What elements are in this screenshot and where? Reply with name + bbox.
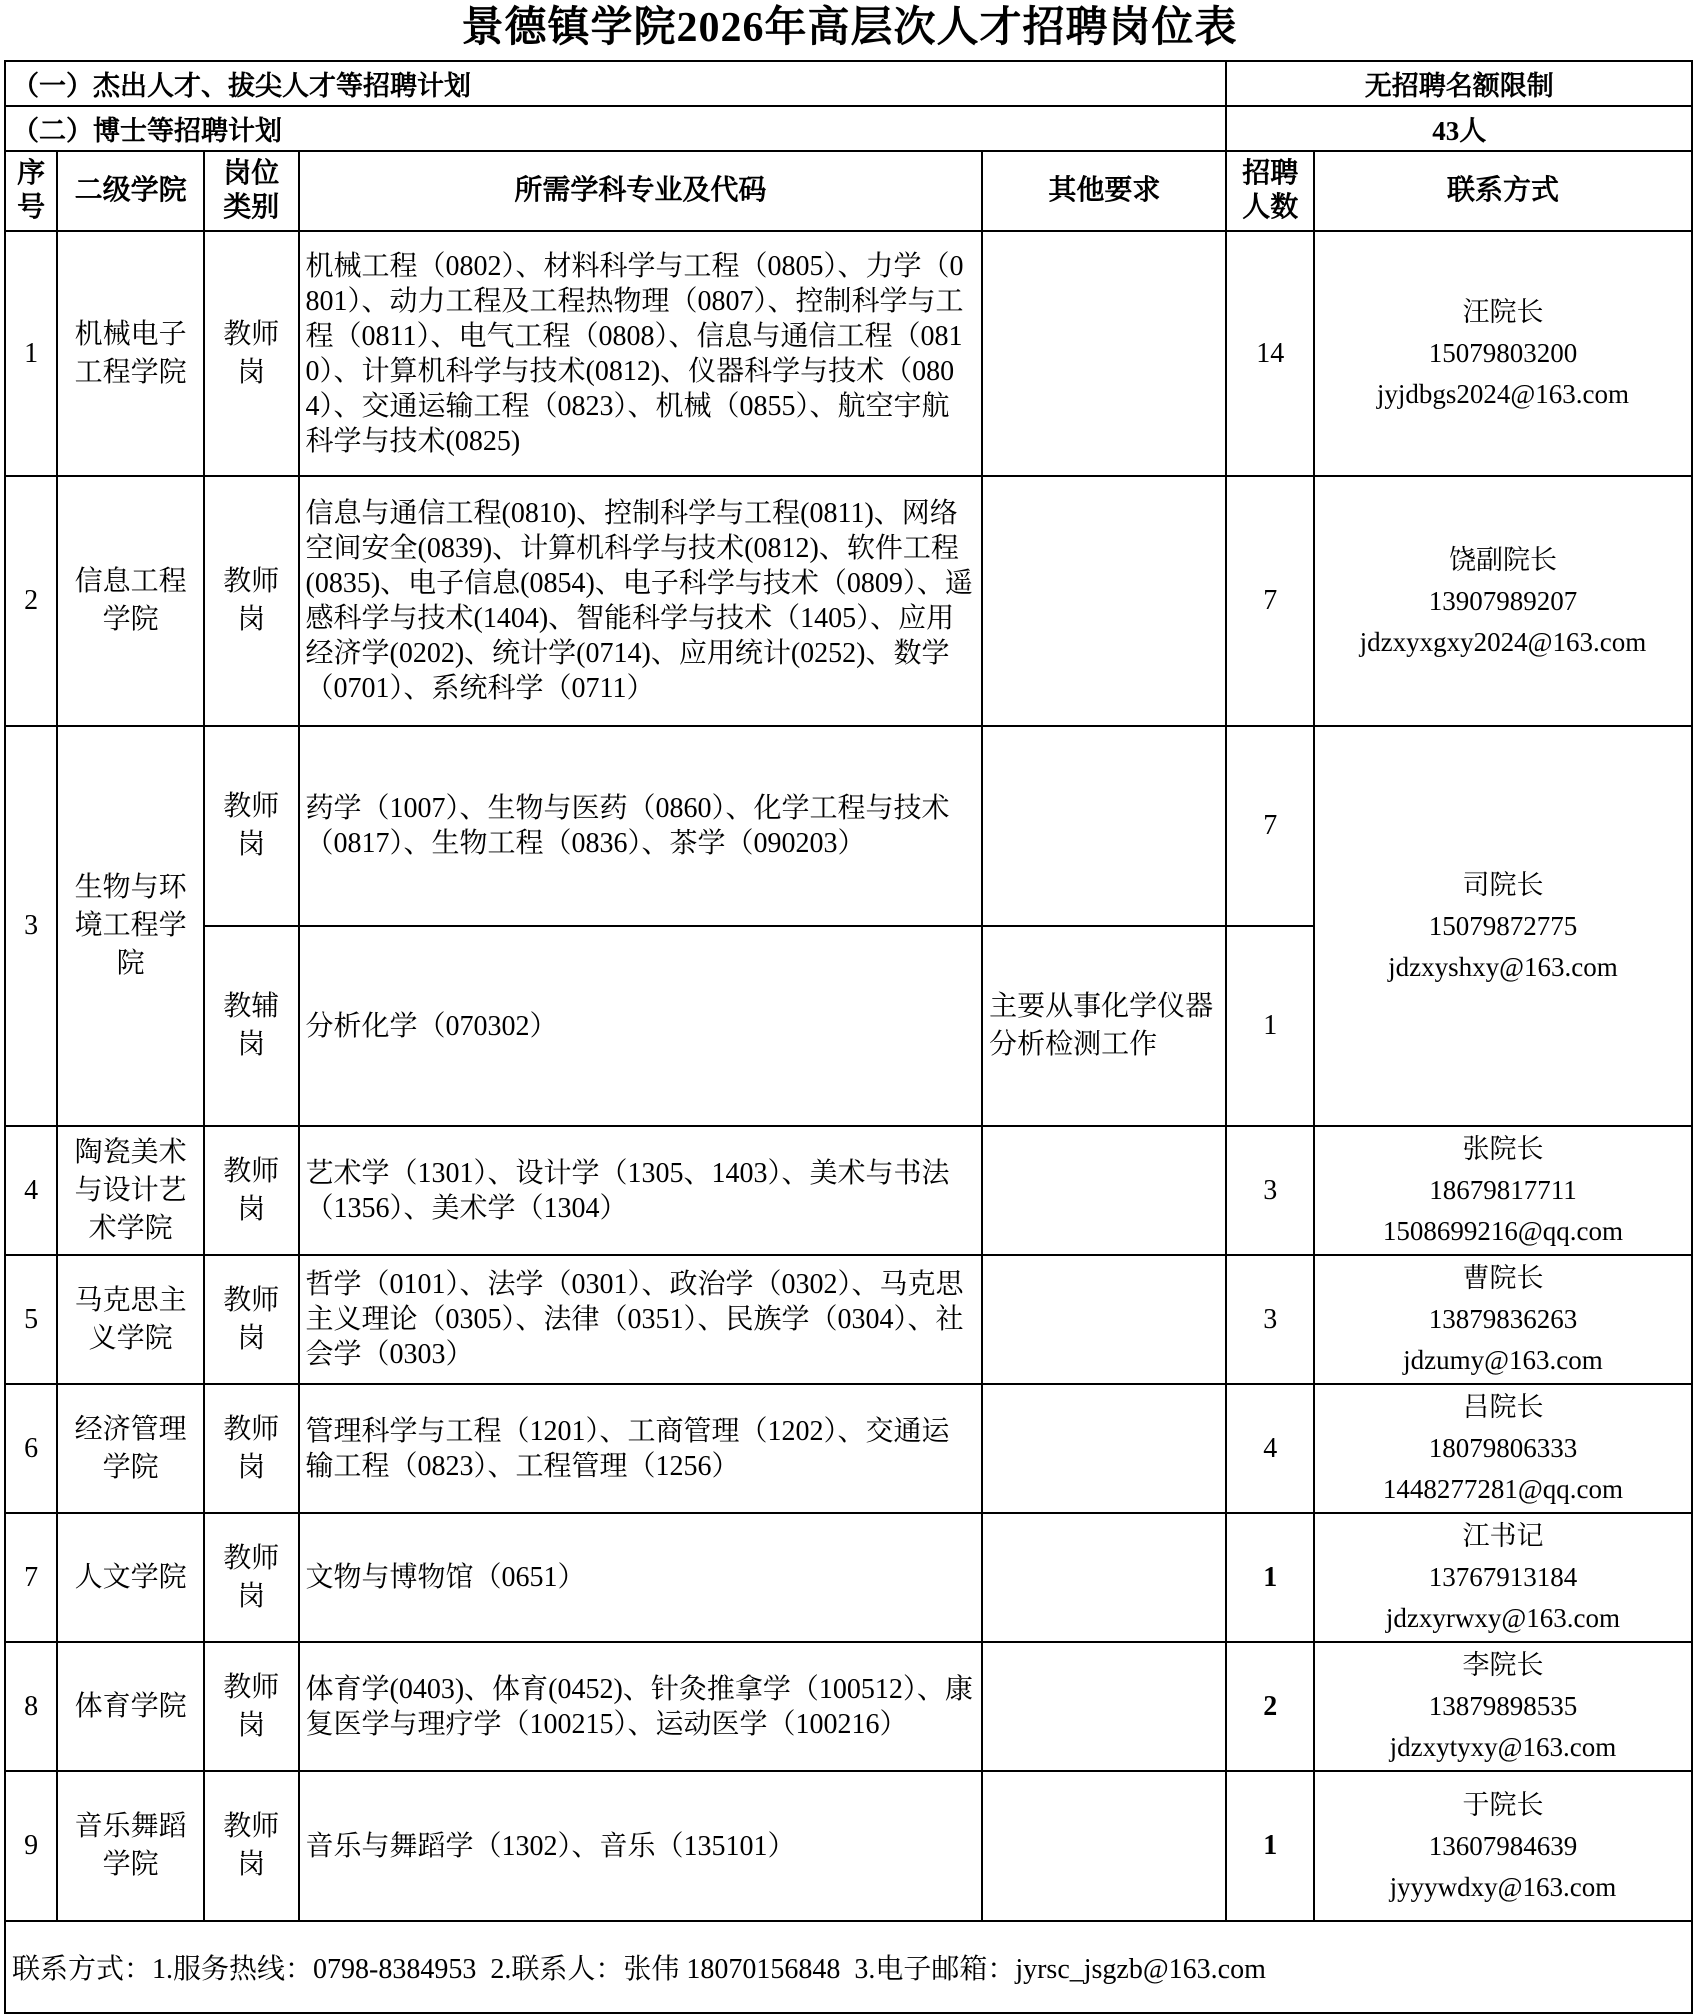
cell-contact: 于院长 13607984639 jyyywdxy@163.com bbox=[1314, 1771, 1692, 1921]
cell-count: 7 bbox=[1226, 726, 1313, 926]
contact-phone: 15079803200 bbox=[1321, 333, 1685, 374]
contact-name: 张院长 bbox=[1321, 1129, 1685, 1170]
table-row: 7 人文学院 教师岗 文物与博物馆（0651） 1 江书记 1376791318… bbox=[5, 1513, 1692, 1642]
cell-count: 1 bbox=[1226, 1513, 1313, 1642]
cell-post-type: 教师岗 bbox=[204, 1771, 299, 1921]
cell-college: 机械电子工程学院 bbox=[57, 231, 204, 476]
page-title: 景德镇学院2026年高层次人才招聘岗位表 bbox=[0, 0, 1699, 60]
table-row: 8 体育学院 教师岗 体育学(0403)、体育(0452)、针灸推拿学（1005… bbox=[5, 1642, 1692, 1771]
cell-count: 3 bbox=[1226, 1255, 1313, 1384]
contact-email: 1508699216@qq.com bbox=[1321, 1211, 1685, 1252]
cell-majors: 药学（1007）、生物与医药（0860）、化学工程与技术（0817）、生物工程（… bbox=[299, 726, 983, 926]
cell-contact: 司院长 15079872775 jdzxyshxy@163.com bbox=[1314, 726, 1692, 1126]
cell-post-type: 教师岗 bbox=[204, 1126, 299, 1255]
cell-other-req bbox=[982, 1255, 1226, 1384]
table-row: 9 音乐舞蹈学院 教师岗 音乐与舞蹈学（1302）、音乐（135101） 1 于… bbox=[5, 1771, 1692, 1921]
section-row-outstanding: （一）杰出人才、拔尖人才等招聘计划 无招聘名额限制 bbox=[5, 61, 1692, 106]
cell-college: 陶瓷美术与设计艺术学院 bbox=[57, 1126, 204, 1255]
cell-other-req bbox=[982, 476, 1226, 726]
cell-other-req bbox=[982, 231, 1226, 476]
contact-email: jdzxyxgxy2024@163.com bbox=[1321, 622, 1685, 663]
contact-email: jyjdbgs2024@163.com bbox=[1321, 374, 1685, 415]
contact-name: 吕院长 bbox=[1321, 1387, 1685, 1428]
recruitment-table: （一）杰出人才、拔尖人才等招聘计划 无招聘名额限制 （二）博士等招聘计划 43人… bbox=[4, 60, 1693, 2014]
contact-phone: 13879898535 bbox=[1321, 1686, 1685, 1727]
cell-count: 4 bbox=[1226, 1384, 1313, 1513]
cell-count: 2 bbox=[1226, 1642, 1313, 1771]
cell-majors: 信息与通信工程(0810)、控制科学与工程(0811)、网络空间安全(0839)… bbox=[299, 476, 983, 726]
cell-contact: 曹院长 13879836263 jdzumy@163.com bbox=[1314, 1255, 1692, 1384]
section-row-doctor: （二）博士等招聘计划 43人 bbox=[5, 106, 1692, 151]
cell-college: 信息工程学院 bbox=[57, 476, 204, 726]
contact-phone: 13907989207 bbox=[1321, 581, 1685, 622]
cell-seq: 2 bbox=[5, 476, 57, 726]
contact-name: 汪院长 bbox=[1321, 292, 1685, 333]
contact-phone: 18079806333 bbox=[1321, 1428, 1685, 1469]
contact-email: jyyywdxy@163.com bbox=[1321, 1867, 1685, 1908]
cell-majors: 文物与博物馆（0651） bbox=[299, 1513, 983, 1642]
col-header-contact: 联系方式 bbox=[1314, 151, 1692, 231]
cell-majors: 音乐与舞蹈学（1302）、音乐（135101） bbox=[299, 1771, 983, 1921]
contact-email: jdzxyshxy@163.com bbox=[1321, 947, 1685, 988]
cell-post-type: 教师岗 bbox=[204, 476, 299, 726]
footer-note: 联系方式：1.服务热线：0798-8384953 2.联系人：张伟 180701… bbox=[5, 1921, 1692, 2013]
cell-contact: 饶副院长 13907989207 jdzxyxgxy2024@163.com bbox=[1314, 476, 1692, 726]
cell-contact: 李院长 13879898535 jdzxytyxy@163.com bbox=[1314, 1642, 1692, 1771]
cell-other-req bbox=[982, 1126, 1226, 1255]
table-row: 2 信息工程学院 教师岗 信息与通信工程(0810)、控制科学与工程(0811)… bbox=[5, 476, 1692, 726]
table-row: 3 生物与环境工程学院 教师岗 药学（1007）、生物与医药（0860）、化学工… bbox=[5, 726, 1692, 926]
cell-college: 体育学院 bbox=[57, 1642, 204, 1771]
contact-phone: 15079872775 bbox=[1321, 906, 1685, 947]
cell-seq: 9 bbox=[5, 1771, 57, 1921]
col-header-college: 二级学院 bbox=[57, 151, 204, 231]
contact-phone: 18679817711 bbox=[1321, 1170, 1685, 1211]
contact-name: 李院长 bbox=[1321, 1645, 1685, 1686]
table-row: 6 经济管理学院 教师岗 管理科学与工程（1201）、工商管理（1202）、交通… bbox=[5, 1384, 1692, 1513]
section-value-outstanding: 无招聘名额限制 bbox=[1226, 61, 1692, 106]
table-row: 5 马克思主义学院 教师岗 哲学（0101）、法学（0301）、政治学（0302… bbox=[5, 1255, 1692, 1384]
contact-email: jdzxyrwxy@163.com bbox=[1321, 1598, 1685, 1639]
footer-row: 联系方式：1.服务热线：0798-8384953 2.联系人：张伟 180701… bbox=[5, 1921, 1692, 2013]
cell-contact: 汪院长 15079803200 jyjdbgs2024@163.com bbox=[1314, 231, 1692, 476]
section-value-doctor: 43人 bbox=[1226, 106, 1692, 151]
contact-name: 司院长 bbox=[1321, 865, 1685, 906]
cell-college: 音乐舞蹈学院 bbox=[57, 1771, 204, 1921]
table-header-row: 序号 二级学院 岗位类别 所需学科专业及代码 其他要求 招聘人数 联系方式 bbox=[5, 151, 1692, 231]
cell-other-req: 主要从事化学仪器分析检测工作 bbox=[982, 926, 1226, 1126]
contact-email: jdzxytyxy@163.com bbox=[1321, 1727, 1685, 1768]
col-header-seq: 序号 bbox=[5, 151, 57, 231]
cell-majors: 体育学(0403)、体育(0452)、针灸推拿学（100512）、康复医学与理疗… bbox=[299, 1642, 983, 1771]
cell-seq: 1 bbox=[5, 231, 57, 476]
cell-seq: 4 bbox=[5, 1126, 57, 1255]
table-row: 4 陶瓷美术与设计艺术学院 教师岗 艺术学（1301）、设计学（1305、140… bbox=[5, 1126, 1692, 1255]
cell-college: 生物与环境工程学院 bbox=[57, 726, 204, 1126]
cell-seq: 3 bbox=[5, 726, 57, 1126]
contact-email: 1448277281@qq.com bbox=[1321, 1469, 1685, 1510]
cell-contact: 江书记 13767913184 jdzxyrwxy@163.com bbox=[1314, 1513, 1692, 1642]
cell-post-type: 教师岗 bbox=[204, 1384, 299, 1513]
cell-majors: 哲学（0101）、法学（0301）、政治学（0302）、马克思主义理论（0305… bbox=[299, 1255, 983, 1384]
cell-post-type: 教师岗 bbox=[204, 1642, 299, 1771]
contact-phone: 13879836263 bbox=[1321, 1299, 1685, 1340]
cell-other-req bbox=[982, 1384, 1226, 1513]
table-row: 1 机械电子工程学院 教师岗 机械工程（0802）、材料科学与工程（0805）、… bbox=[5, 231, 1692, 476]
contact-phone: 13607984639 bbox=[1321, 1826, 1685, 1867]
cell-post-type: 教师岗 bbox=[204, 1513, 299, 1642]
col-header-other: 其他要求 bbox=[982, 151, 1226, 231]
cell-post-type: 教辅岗 bbox=[204, 926, 299, 1126]
section-label-outstanding: （一）杰出人才、拔尖人才等招聘计划 bbox=[5, 61, 1226, 106]
cell-majors: 分析化学（070302） bbox=[299, 926, 983, 1126]
cell-post-type: 教师岗 bbox=[204, 1255, 299, 1384]
cell-other-req bbox=[982, 1771, 1226, 1921]
cell-college: 马克思主义学院 bbox=[57, 1255, 204, 1384]
contact-name: 曹院长 bbox=[1321, 1258, 1685, 1299]
cell-majors: 艺术学（1301）、设计学（1305、1403）、美术与书法（1356）、美术学… bbox=[299, 1126, 983, 1255]
cell-count: 1 bbox=[1226, 1771, 1313, 1921]
cell-post-type: 教师岗 bbox=[204, 726, 299, 926]
cell-majors: 机械工程（0802）、材料科学与工程（0805）、力学（0801）、动力工程及工… bbox=[299, 231, 983, 476]
cell-count: 14 bbox=[1226, 231, 1313, 476]
col-header-post-type: 岗位类别 bbox=[204, 151, 299, 231]
cell-count: 1 bbox=[1226, 926, 1313, 1126]
cell-count: 7 bbox=[1226, 476, 1313, 726]
cell-seq: 7 bbox=[5, 1513, 57, 1642]
section-label-doctor: （二）博士等招聘计划 bbox=[5, 106, 1226, 151]
cell-college: 人文学院 bbox=[57, 1513, 204, 1642]
cell-other-req bbox=[982, 1513, 1226, 1642]
cell-post-type: 教师岗 bbox=[204, 231, 299, 476]
cell-other-req bbox=[982, 1642, 1226, 1771]
cell-college: 经济管理学院 bbox=[57, 1384, 204, 1513]
contact-name: 江书记 bbox=[1321, 1516, 1685, 1557]
cell-majors: 管理科学与工程（1201）、工商管理（1202）、交通运输工程（0823）、工程… bbox=[299, 1384, 983, 1513]
cell-contact: 吕院长 18079806333 1448277281@qq.com bbox=[1314, 1384, 1692, 1513]
cell-seq: 5 bbox=[5, 1255, 57, 1384]
cell-count: 3 bbox=[1226, 1126, 1313, 1255]
cell-other-req bbox=[982, 726, 1226, 926]
col-header-count: 招聘人数 bbox=[1226, 151, 1313, 231]
contact-phone: 13767913184 bbox=[1321, 1557, 1685, 1598]
contact-email: jdzumy@163.com bbox=[1321, 1340, 1685, 1381]
contact-name: 于院长 bbox=[1321, 1785, 1685, 1826]
cell-seq: 6 bbox=[5, 1384, 57, 1513]
contact-name: 饶副院长 bbox=[1321, 540, 1685, 581]
cell-seq: 8 bbox=[5, 1642, 57, 1771]
cell-contact: 张院长 18679817711 1508699216@qq.com bbox=[1314, 1126, 1692, 1255]
col-header-majors: 所需学科专业及代码 bbox=[299, 151, 983, 231]
